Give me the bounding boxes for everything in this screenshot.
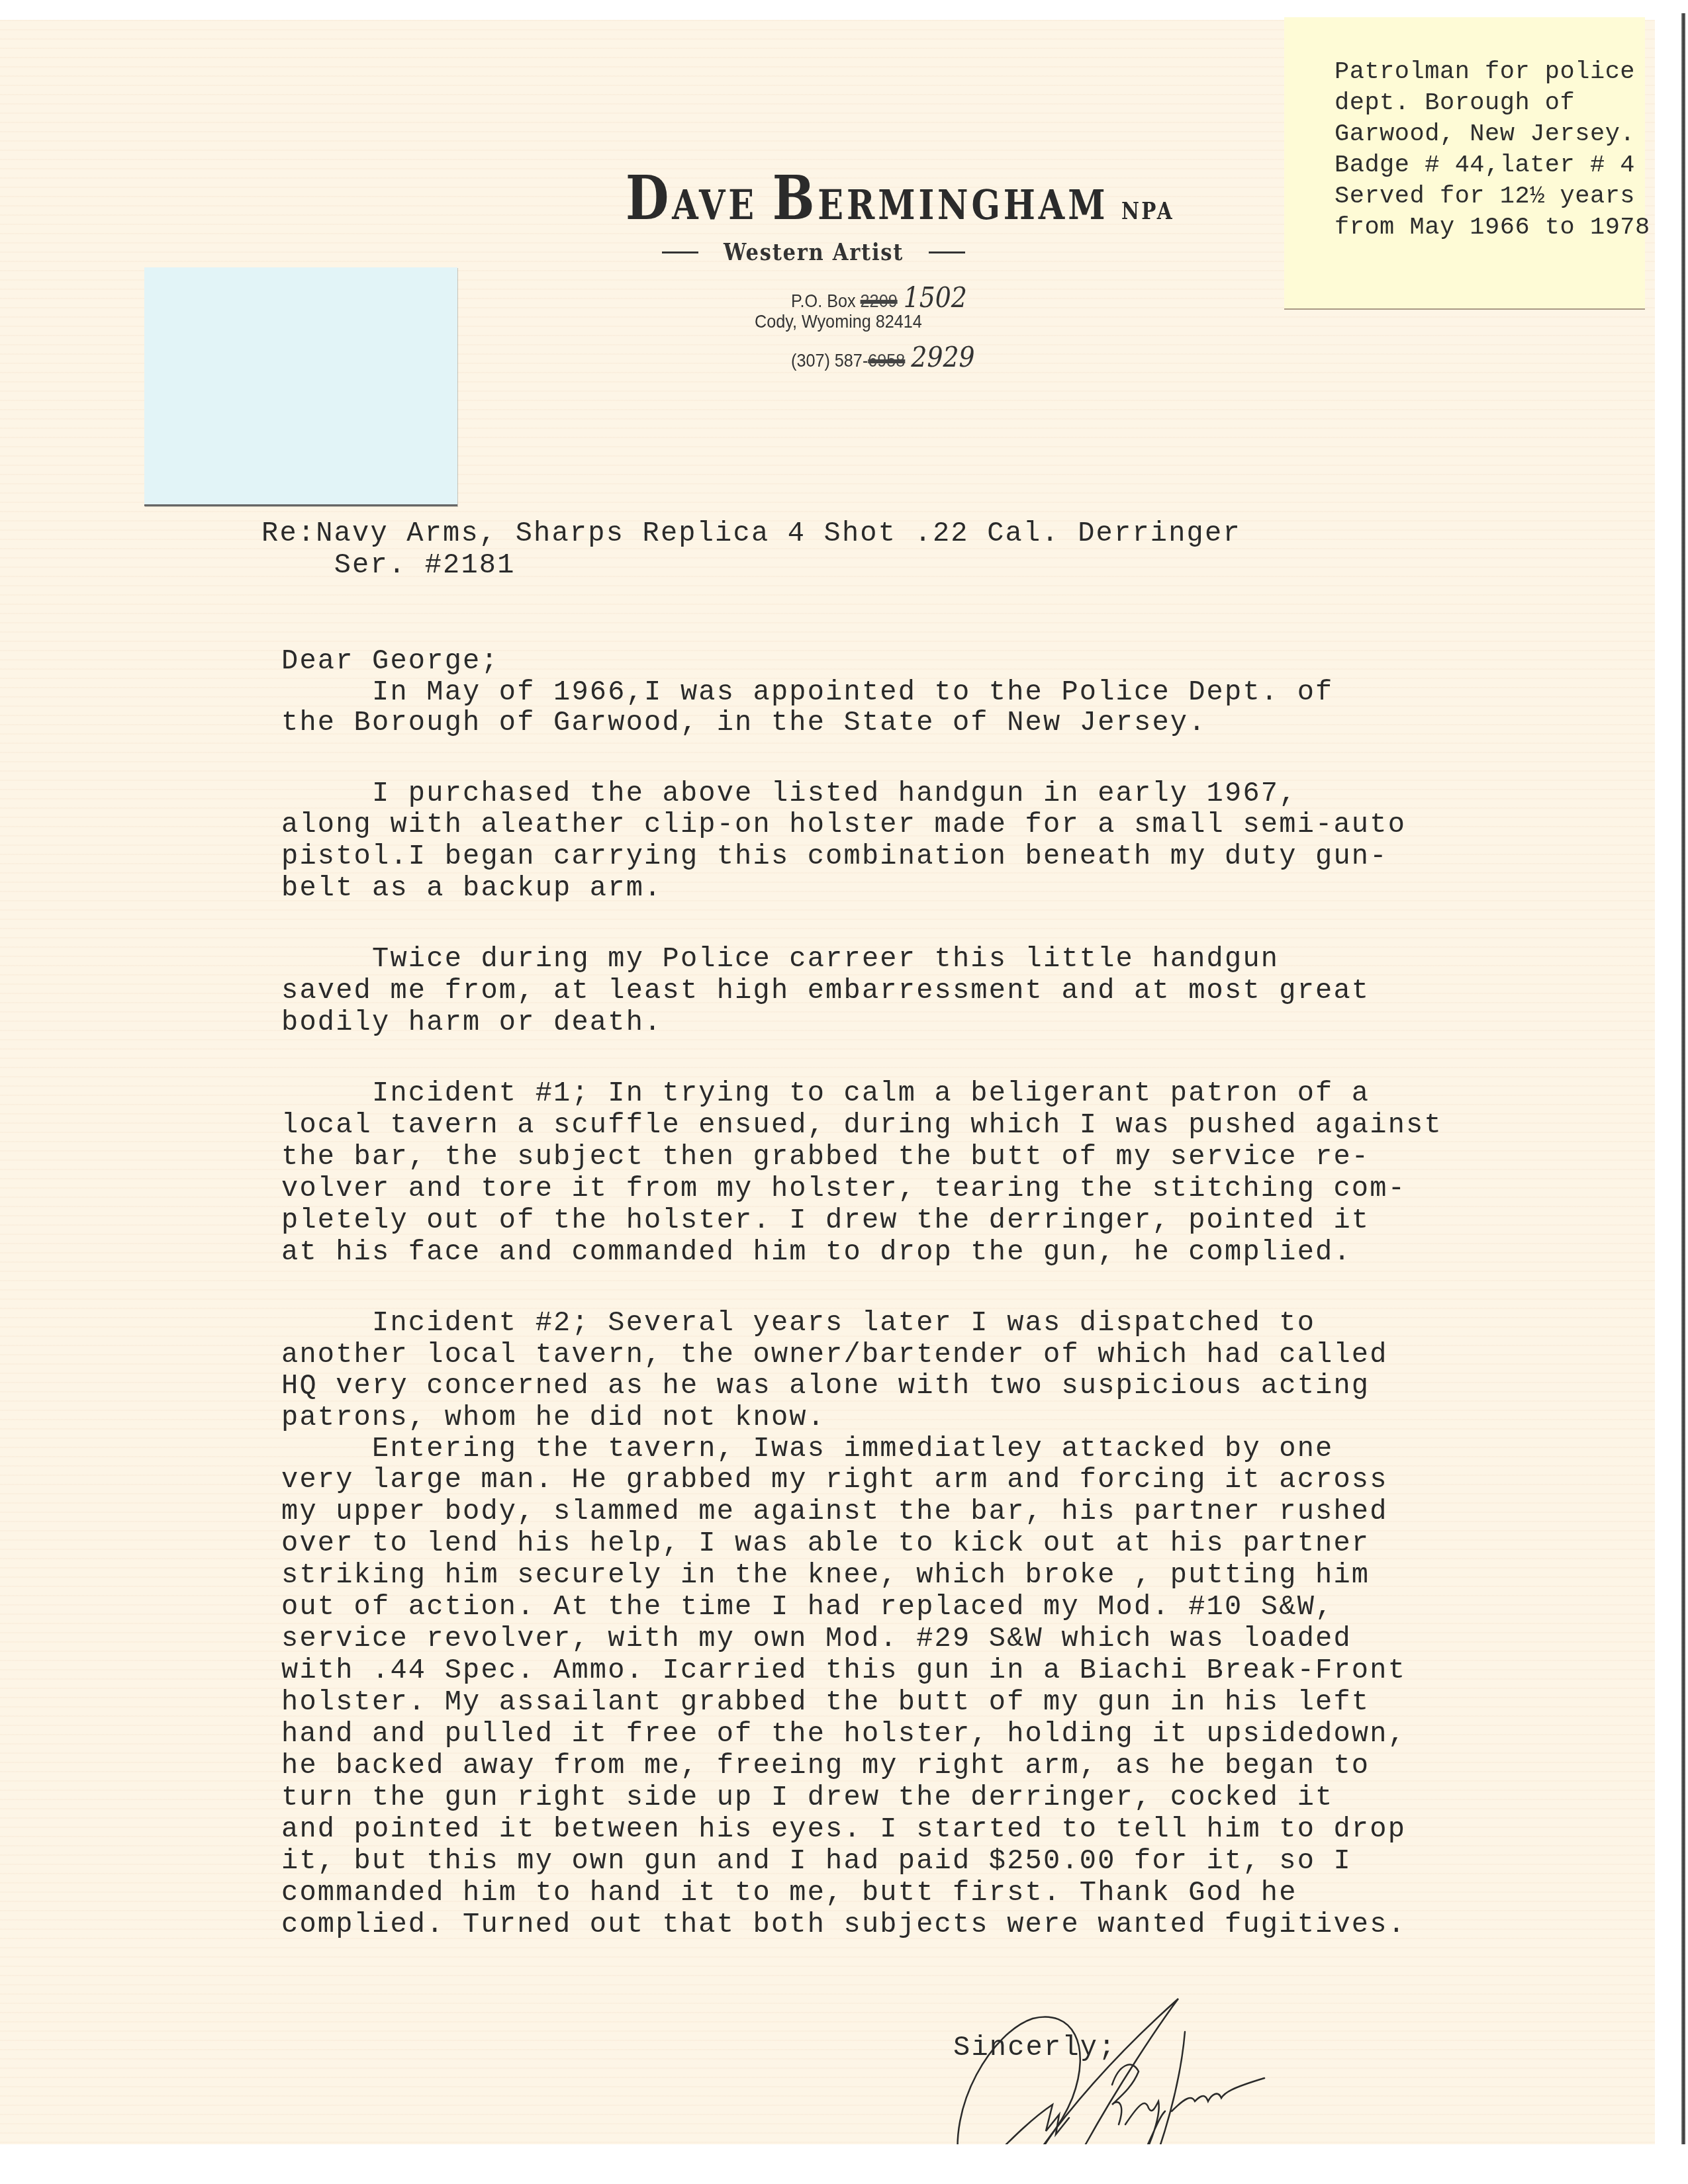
name-initial-first: D: [626, 162, 672, 234]
sticky-note-line: dept. Borough of: [1335, 89, 1575, 117]
name-first-rest: AVE: [672, 181, 757, 229]
letter-line: service revolver, with my own Mod. #29 S…: [281, 1623, 1352, 1655]
tagline-text: Western Artist: [724, 238, 904, 266]
letter-line: he backed away from me, freeing my right…: [281, 1750, 1370, 1782]
letter-line: In May of 1966,I was appointed to the Po…: [281, 676, 1333, 708]
letter-line: very large man. He grabbed my right arm …: [281, 1464, 1388, 1496]
letter-line: pistol.I began carrying this combination…: [281, 841, 1388, 872]
tagline-rule-left: [662, 251, 698, 253]
letter-line: striking him securely in the knee, which…: [281, 1559, 1370, 1591]
blue-address-label: [144, 267, 457, 506]
letter-line: belt as a backup arm.: [281, 872, 663, 904]
letter-line: out of action. At the time I had replace…: [281, 1591, 1333, 1623]
letter-line: Incident #2; Several years later I was d…: [281, 1307, 1315, 1339]
letter-line: the Borough of Garwood, in the State of …: [281, 707, 1207, 739]
salutation: Dear George;: [281, 645, 499, 677]
sticky-note-line: from May 1966 to 1978: [1335, 214, 1650, 242]
letter-line: complied. Turned out that both subjects …: [281, 1909, 1406, 1940]
po-box-label: P.O. Box: [791, 291, 856, 311]
sticky-note-line: Garwood, New Jersey.: [1335, 120, 1635, 148]
tagline-rule-right: [929, 251, 965, 253]
sticky-note-line: Badge # 44,later # 4: [1335, 152, 1635, 179]
letter-line: Entering the tavern, Iwas immediatley at…: [281, 1433, 1333, 1465]
letterhead-name: DAVE BERMINGHAMNPA: [626, 162, 1174, 234]
sticky-note-line: Patrolman for police: [1335, 58, 1635, 86]
name-initial-last: B: [773, 162, 818, 234]
letter-line: turn the gun right side up I drew the de…: [281, 1782, 1333, 1813]
letterhead-tagline: Western Artist: [662, 238, 1086, 266]
subject-line: Re:Navy Arms, Sharps Replica 4 Shot .22 …: [261, 518, 1241, 549]
letter-line: pletely out of the holster. I drew the d…: [281, 1205, 1370, 1236]
letter-line: I purchased the above listed handgun in …: [281, 778, 1297, 809]
letter-line: my upper body, slammed me against the ba…: [281, 1496, 1388, 1527]
phone-handwritten: 2929: [911, 341, 974, 373]
letter-line: and pointed it between his eyes. I start…: [281, 1813, 1406, 1845]
letter-line: Twice during my Police carreer this litt…: [281, 943, 1279, 975]
po-box-handwritten: 1502: [904, 281, 967, 314]
name-suffix: NPA: [1121, 197, 1174, 225]
letter-line: volver and tore it from my holster, tear…: [281, 1173, 1406, 1205]
scan-bottom-margin: [0, 2144, 1688, 2184]
letter-line: HQ very concerned as he was alone with t…: [281, 1370, 1370, 1402]
letter-line: saved me from, at least high embarressme…: [281, 975, 1370, 1007]
letter-line: it, but this my own gun and I had paid $…: [281, 1845, 1352, 1877]
phone-prefix: (307) 587-: [791, 350, 868, 371]
address-phone: (307) 587-69582929: [791, 341, 975, 373]
letter-line: over to lend his help, I was able to kic…: [281, 1527, 1370, 1559]
serial-line: Ser. #2181: [261, 549, 516, 581]
yellow-sticky-note: Patrolman for policedept. Borough ofGarw…: [1284, 17, 1645, 310]
address-po-box: P.O. Box 22091502: [791, 281, 967, 314]
letter-line: patrons, whom he did not know.: [281, 1402, 825, 1433]
letter-line: the bar, the subject then grabbed the bu…: [281, 1141, 1370, 1173]
scan-edge-shadow: [1681, 13, 1685, 2171]
sticky-note-line: Served for 12½ years: [1335, 183, 1635, 210]
letter-line: local tavern a scuffle ensued, during wh…: [281, 1109, 1442, 1141]
letter-line: holster. My assailant grabbed the butt o…: [281, 1686, 1370, 1718]
letter-line: at his face and commanded him to drop th…: [281, 1236, 1352, 1268]
serial-number: Ser. #2181: [334, 549, 516, 581]
phone-struck: 6958: [868, 350, 905, 371]
po-box-struck: 2209: [861, 291, 898, 311]
letter-line: with .44 Spec. Ammo. Icarried this gun i…: [281, 1655, 1406, 1686]
name-last-rest: ERMINGHAM: [818, 181, 1108, 229]
letter-line: hand and pulled it free of the holster, …: [281, 1718, 1406, 1750]
letter-line: along with aleather clip-on holster made…: [281, 809, 1406, 841]
letter-line: bodily harm or death.: [281, 1007, 663, 1038]
letter-line: Incident #1; In trying to calm a beliger…: [281, 1077, 1370, 1109]
address-city: Cody, Wyoming 82414: [755, 311, 922, 332]
letter-line: another local tavern, the owner/bartende…: [281, 1339, 1388, 1371]
letter-line: commanded him to hand it to me, butt fir…: [281, 1877, 1297, 1909]
